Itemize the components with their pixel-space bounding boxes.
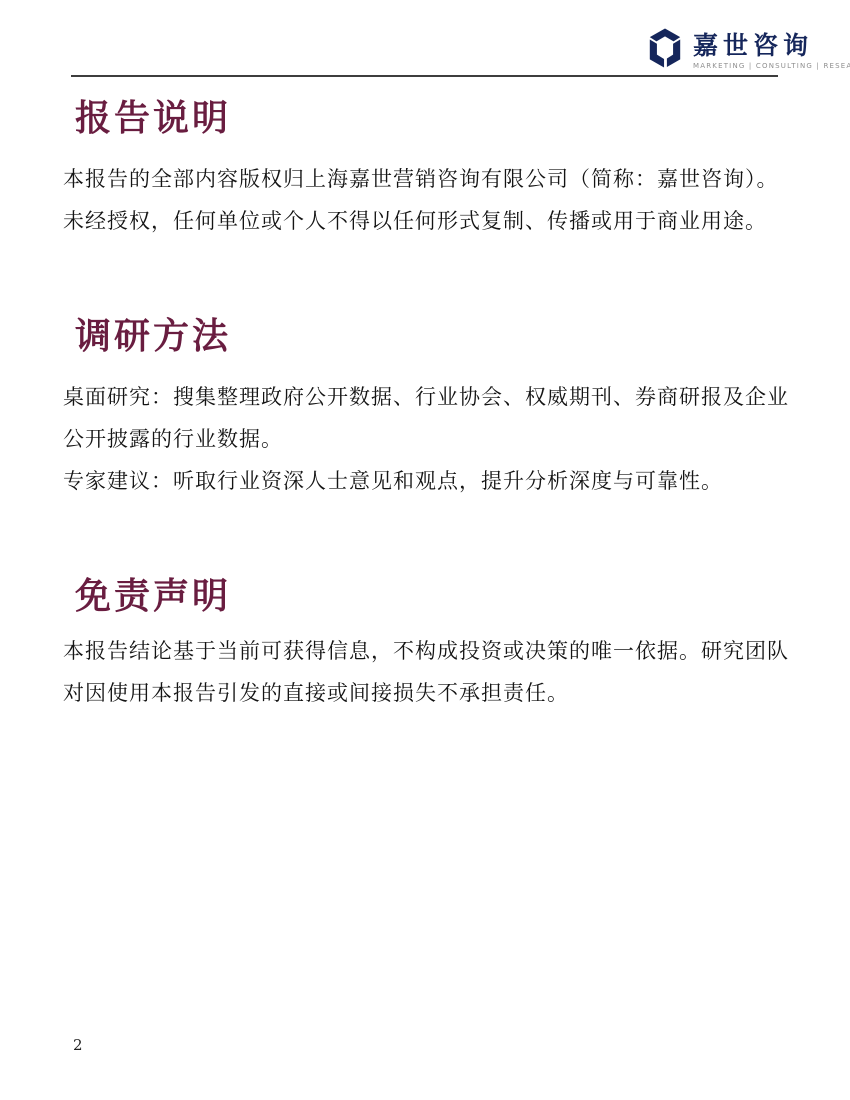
header-divider bbox=[71, 75, 778, 77]
brand-caption: MARKETING | CONSULTING | RESEARCH bbox=[693, 62, 850, 70]
section-title: 报告说明 bbox=[63, 96, 793, 140]
brand-name: 嘉世咨询 bbox=[693, 33, 850, 59]
section-title: 免责声明 bbox=[63, 574, 793, 618]
document-content: 报告说明 本报告的全部内容版权归上海嘉世营销咨询有限公司（简称：嘉世咨询）。 未… bbox=[63, 96, 793, 714]
section-body: 本报告的全部内容版权归上海嘉世营销咨询有限公司（简称：嘉世咨询）。 未经授权，任… bbox=[63, 158, 793, 242]
page-number: 2 bbox=[73, 1036, 83, 1054]
jiashi-logo-icon bbox=[646, 27, 684, 70]
section-title: 调研方法 bbox=[63, 314, 793, 358]
brand-logo: 嘉世咨询 MARKETING | CONSULTING | RESEARCH bbox=[646, 27, 850, 70]
report-page: 嘉世咨询 MARKETING | CONSULTING | RESEARCH 报… bbox=[0, 0, 850, 1100]
section-body: 桌面研究：搜集整理政府公开数据、行业协会、权威期刊、券商研报及企业 公开披露的行… bbox=[63, 376, 793, 502]
section-disclaimer: 免责声明 本报告结论基于当前可获得信息，不构成投资或决策的唯一依据。研究团队 对… bbox=[63, 574, 793, 714]
brand-text-block: 嘉世咨询 MARKETING | CONSULTING | RESEARCH bbox=[693, 33, 850, 70]
section-body: 本报告结论基于当前可获得信息，不构成投资或决策的唯一依据。研究团队 对因使用本报… bbox=[63, 630, 793, 714]
section-research-method: 调研方法 桌面研究：搜集整理政府公开数据、行业协会、权威期刊、券商研报及企业 公… bbox=[63, 314, 793, 502]
section-report-description: 报告说明 本报告的全部内容版权归上海嘉世营销咨询有限公司（简称：嘉世咨询）。 未… bbox=[63, 96, 793, 242]
